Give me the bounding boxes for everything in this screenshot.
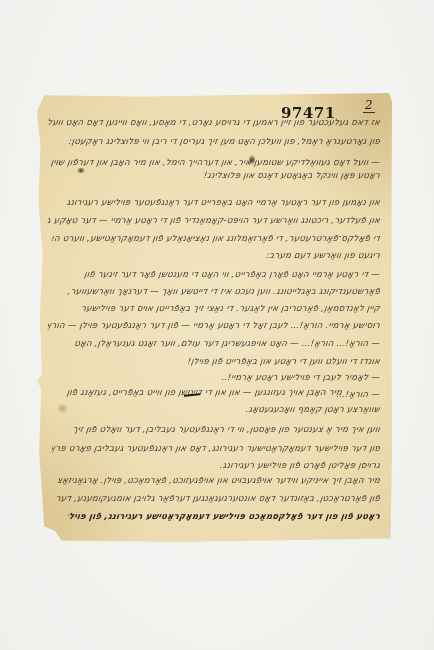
handwritten-line: ראָטע פֿון פון דער פֿאָלקסמאַכט פּוילישע… — [67, 512, 380, 522]
paper-stain — [58, 404, 67, 413]
handwritten-line: פֿאַרשטענדיקונג באַגלייטונג. ווען נעכט א… — [47, 287, 380, 297]
handwritten-line: פון דער פּוילישער דעמאָקראַטישער רעגירונ… — [51, 444, 380, 454]
handwritten-line: גרויסן פּאָליטן פֿאָרט פֿון פּוילישע רעג… — [171, 461, 380, 471]
handwritten-line: און פֿעלדער, ריכטונג וואַרשע דער הויפּט-… — [47, 216, 380, 226]
handwritten-line: — לאָמיר לעבן די פּוילישע ראָטע אַרמיי!.… — [189, 373, 380, 383]
handwritten-line: ווען איך מיר אַ צענטער פון פּאָסטן, ווי … — [59, 425, 380, 435]
handwritten-line: אונדז די וועלט ווען די ראָטע און באַפֿרי… — [157, 357, 380, 367]
handwritten-line: פֿון פֿאַרטראַכטן, באַזונדער דאָס אונטער… — [55, 494, 380, 504]
handwritten-line: ראָטע פּאָן ווינקל באַגאָטע דאַנס און פּ… — [167, 171, 380, 181]
handwritten-line: קיין לאַנדסמאַן, פֿאַרטריבן אין לאַגער. … — [55, 304, 380, 314]
handwritten-line: רוסישע אַרמיי. הוראַ!... לעבן זאָל די רא… — [47, 321, 380, 331]
handwritten-line: ריגעט פון וואַרשע דעם מערב: — [231, 251, 380, 261]
ink-blot — [77, 168, 85, 173]
handwritten-line: — הוראַ!... הוראַ!... — האָט אויפגעשריגן… — [59, 339, 380, 349]
handwritten-line: שוואַרצע ראָטן קאַמף וואָכעגעטאָג. — [199, 405, 380, 415]
handwritten-line: אז דאס געלעכטער פון זיין ראמען די גרויסע… — [47, 118, 380, 128]
handwritten-line: מיר האָבן זיך אייניקע ווידער אויפֿגעבויט… — [57, 476, 380, 486]
page-number: 2 — [363, 99, 375, 113]
handwritten-line: די פֿאָלקס־פֿאַרטרעטער, די פֿאַרזאַמלונג… — [51, 234, 380, 244]
handwritten-line: — די ראָטע אַרמיי האָט פֿאָרן באַפֿרייט,… — [71, 270, 380, 280]
handwritten-line: און נאָמען פון דער ראָטער אַרמיי האָט בא… — [59, 198, 380, 208]
handwritten-line: פון גאָרטעגראַ ראַמל, פון וועלכן האָט מע… — [59, 137, 380, 147]
handwritten-line: — וועל דאָס געוואַלדיקע שטומען איר, און … — [47, 158, 380, 168]
